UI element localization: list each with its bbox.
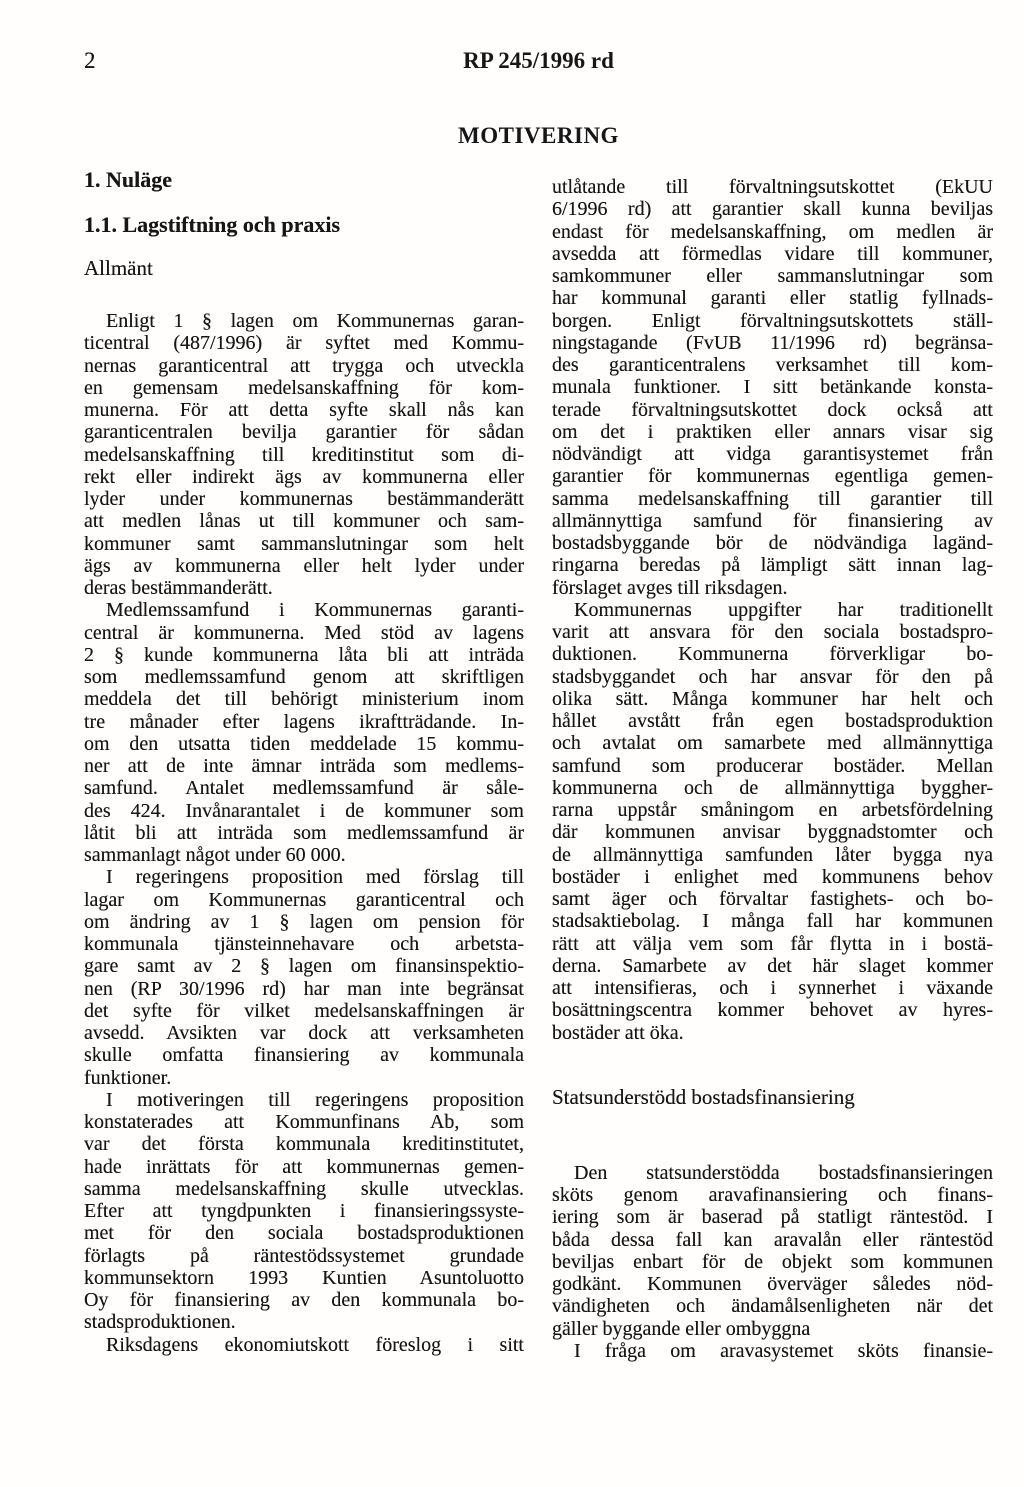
text-line: varit att ansvara för den sociala bostad… bbox=[552, 621, 993, 643]
text-line: rätt att välja vem som får flytta in i b… bbox=[552, 933, 993, 955]
text-line: vändigheten och ändamålsenligheten när d… bbox=[552, 1295, 993, 1317]
text-line: medelsanskaffning till kreditinstitut so… bbox=[84, 444, 524, 466]
text-line: om den utsatta tiden meddelade 15 kommu- bbox=[84, 733, 524, 755]
text-line: om ändring av 1 § lagen om pension för bbox=[84, 911, 524, 933]
text-line: avsedd. Avsikten var dock att verksamhet… bbox=[84, 1022, 524, 1044]
right-column: utlåtande till förvaltningsutskottet (Ek… bbox=[552, 176, 993, 1362]
section-heading2: 1.1. Lagstiftning och praxis bbox=[84, 213, 524, 236]
text-line: lagar om Kommunernas garanticentral och bbox=[84, 889, 524, 911]
text-line: ticentral (487/1996) är syftet med Kommu… bbox=[84, 332, 524, 354]
text-line: duktionen. Kommunerna förverkligar bo- bbox=[552, 643, 993, 665]
paragraph: Enligt 1 § lagen om Kommunernas garan-ti… bbox=[84, 310, 524, 599]
text-line: förlagts på räntestödssystemet grundade bbox=[84, 1245, 524, 1267]
text-line: Efter att tyngdpunkten i finansieringssy… bbox=[84, 1200, 524, 1222]
text-line: des 424. Invånarantalet i de kommuner so… bbox=[84, 800, 524, 822]
text-line: central är kommunerna. Med stöd av lagen… bbox=[84, 622, 524, 644]
paragraph: utlåtande till förvaltningsutskottet (Ek… bbox=[552, 176, 993, 599]
paragraph: I regeringens proposition med förslag ti… bbox=[84, 866, 524, 1089]
text-line: deras bestämmanderätt. bbox=[84, 577, 524, 599]
text-line: förslaget avges till riksdagen. bbox=[552, 577, 993, 599]
text-line: terade förvaltningsutskottet dock också … bbox=[552, 399, 993, 421]
text-line: samfund som producerar bostäder. Mellan bbox=[552, 755, 993, 777]
text-line: Oy för finansiering av den kommunala bo- bbox=[84, 1289, 524, 1311]
text-line: var det första kommunala kreditinstitute… bbox=[84, 1133, 524, 1155]
paragraph: Riksdagens ekonomiutskott föreslog i sit… bbox=[84, 1334, 524, 1356]
text-line: I motiveringen till regeringens proposit… bbox=[84, 1089, 524, 1111]
text-line: beviljas enbart för de objekt som kommun… bbox=[552, 1251, 993, 1273]
text-line: kommunsektorn 1993 Kuntien Asuntoluotto bbox=[84, 1267, 524, 1289]
text-line: nen (RP 30/1996 rd) har man inte begräns… bbox=[84, 978, 524, 1000]
text-line: sammanlagt något under 60 000. bbox=[84, 844, 524, 866]
text-line: gäller byggande eller ombyggna bbox=[552, 1318, 993, 1340]
document-page: 2 RP 245/1996 rd MOTIVERING 1. Nuläge1.1… bbox=[0, 0, 1024, 1487]
text-line: om det i praktiken eller annars visar si… bbox=[552, 421, 993, 443]
text-line: ningstagande (FvUB 11/1996 rd) begränsa- bbox=[552, 332, 993, 354]
text-line: ägs av kommunerna eller helt lyder under bbox=[84, 555, 524, 577]
text-line: 6/1996 rd) att garantier skall kunna bev… bbox=[552, 198, 993, 220]
section-subheading: Allmänt bbox=[84, 257, 524, 280]
text-line: låtit bli att inträda som medlemssamfund… bbox=[84, 822, 524, 844]
text-line: bostäder i enlighet med kommunens behov bbox=[552, 866, 993, 888]
text-line: att intensifieras, och i synnerhet i väx… bbox=[552, 977, 993, 999]
text-line: derna. Samarbete av det här slaget komme… bbox=[552, 955, 993, 977]
text-line: de allmännyttiga samfunden låter bygga n… bbox=[552, 844, 993, 866]
text-line: och avtalat om samarbete med allmännytti… bbox=[552, 732, 993, 754]
main-heading: MOTIVERING bbox=[84, 124, 993, 148]
text-line: samma medelsanskaffning skulle utvecklas… bbox=[84, 1178, 524, 1200]
text-line: garantier för kommunernas egentliga geme… bbox=[552, 465, 993, 487]
text-line: stadsaktiebolag. I många fall har kommun… bbox=[552, 910, 993, 932]
text-line: funktioner. bbox=[84, 1067, 524, 1089]
text-line: skulle omfatta finansiering av kommunala bbox=[84, 1044, 524, 1066]
text-line: nödvändigt att vidga garantisystemet frå… bbox=[552, 443, 993, 465]
text-line: kommuner samt sammanslutningar som helt bbox=[84, 533, 524, 555]
text-line: olika sätt. Många kommuner har helt och bbox=[552, 688, 993, 710]
text-line: nernas garanticentral att trygga och utv… bbox=[84, 355, 524, 377]
text-line: samkommuner eller sammanslutningar som bbox=[552, 265, 993, 287]
text-line: 2 § kunde kommunerna låta bli att inträd… bbox=[84, 644, 524, 666]
text-line: bostäder att öka. bbox=[552, 1022, 993, 1044]
text-line: konstaterades att Kommunfinans Ab, som bbox=[84, 1111, 524, 1133]
text-line: iering som är baserad på statligt räntes… bbox=[552, 1206, 993, 1228]
text-line: en gemensam medelsanskaffning för kom- bbox=[84, 377, 524, 399]
text-line: hade inrättats för att kommunernas gemen… bbox=[84, 1156, 524, 1178]
section-heading1: 1. Nuläge bbox=[84, 168, 524, 191]
text-line: ringarna beredas på lämpligt sätt innan … bbox=[552, 554, 993, 576]
text-line: Riksdagens ekonomiutskott föreslog i sit… bbox=[84, 1334, 524, 1356]
text-line: Den statsunderstödda bostadsfinansiering… bbox=[552, 1162, 993, 1184]
text-line: Enligt 1 § lagen om Kommunernas garan- bbox=[84, 310, 524, 332]
text-line: endast för medelsanskaffning, om medlen … bbox=[552, 221, 993, 243]
text-line: tre månader efter lagens ikraftträdande.… bbox=[84, 711, 524, 733]
text-line: det syfte för vilket medelsanskaffningen… bbox=[84, 1000, 524, 1022]
section-subheading: Statsunderstödd bostadsfinansiering bbox=[552, 1086, 993, 1109]
paragraph: I fråga om aravasystemet sköts finansie- bbox=[552, 1340, 993, 1362]
paragraph: Medlemssamfund i Kommunernas garanti-cen… bbox=[84, 599, 524, 866]
text-line: stadsbyggandet och har ansvar för den på bbox=[552, 666, 993, 688]
text-line: samma medelsanskaffning till garantier t… bbox=[552, 488, 993, 510]
text-line: borgen. Enligt förvaltningsutskottets st… bbox=[552, 310, 993, 332]
text-line: samfund. Antalet medlemssamfund är såle- bbox=[84, 777, 524, 799]
text-line: avsedda att förmedlas vidare till kommun… bbox=[552, 243, 993, 265]
text-line: bostadsbyggande bör de nödvändiga lagänd… bbox=[552, 532, 993, 554]
text-line: garanticentralen bevilja garantier för s… bbox=[84, 421, 524, 443]
text-line: hållet avstått från egen bostadsprodukti… bbox=[552, 710, 993, 732]
text-line: lyder under kommunernas bestämmanderätt bbox=[84, 488, 524, 510]
header-title: RP 245/1996 rd bbox=[84, 49, 993, 73]
text-line: rarna uppstår småningom en arbetsfördeln… bbox=[552, 799, 993, 821]
text-line: har kommunal garanti eller statlig fylln… bbox=[552, 287, 993, 309]
text-line: I fråga om aravasystemet sköts finansie- bbox=[552, 1340, 993, 1362]
text-line: som medlemssamfund genom att skriftligen bbox=[84, 666, 524, 688]
text-line: båda dessa fall kan aravalån eller ränte… bbox=[552, 1229, 993, 1251]
text-line: godkänt. Kommunen överväger således nöd- bbox=[552, 1273, 993, 1295]
text-line: Medlemssamfund i Kommunernas garanti- bbox=[84, 599, 524, 621]
text-line: meddela det till behörigt ministerium in… bbox=[84, 688, 524, 710]
text-line: Kommunernas uppgifter har traditionellt bbox=[552, 599, 993, 621]
text-line: att medlen lånas ut till kommuner och sa… bbox=[84, 510, 524, 532]
paragraph: Kommunernas uppgifter har traditionelltv… bbox=[552, 599, 993, 1044]
text-line: gare samt av 2 § lagen om finansinspekti… bbox=[84, 955, 524, 977]
text-line: munerna. För att detta syfte skall nås k… bbox=[84, 399, 524, 421]
paragraph: I motiveringen till regeringens proposit… bbox=[84, 1089, 524, 1334]
left-column: 1. Nuläge1.1. Lagstiftning och praxisAll… bbox=[84, 168, 524, 1356]
text-line: munala funktioner. I sitt betänkande kon… bbox=[552, 376, 993, 398]
text-line: där kommunen anvisar byggnadstomter och bbox=[552, 821, 993, 843]
text-line: samt äger och förvaltar fastighets- och … bbox=[552, 888, 993, 910]
text-line: allmännyttiga samfund för finansiering a… bbox=[552, 510, 993, 532]
paragraph: Den statsunderstödda bostadsfinansiering… bbox=[552, 1162, 993, 1340]
text-line: met för den sociala bostadsproduktionen bbox=[84, 1222, 524, 1244]
text-line: I regeringens proposition med förslag ti… bbox=[84, 866, 524, 888]
text-line: stadsproduktionen. bbox=[84, 1311, 524, 1333]
text-line: bosättningscentra kommer behovet av hyre… bbox=[552, 999, 993, 1021]
text-line: rekt eller indirekt ägs av kommunerna el… bbox=[84, 466, 524, 488]
text-line: utlåtande till förvaltningsutskottet (Ek… bbox=[552, 176, 993, 198]
text-line: kommunala tjänsteinnehavare och arbetsta… bbox=[84, 933, 524, 955]
text-line: sköts genom aravafinansiering och finans… bbox=[552, 1184, 993, 1206]
text-line: des garanticentralens verksamhet till ko… bbox=[552, 354, 993, 376]
text-line: kommunerna och de allmännyttiga byggher- bbox=[552, 777, 993, 799]
text-line: ner att de inte ämnar inträda som medlem… bbox=[84, 755, 524, 777]
